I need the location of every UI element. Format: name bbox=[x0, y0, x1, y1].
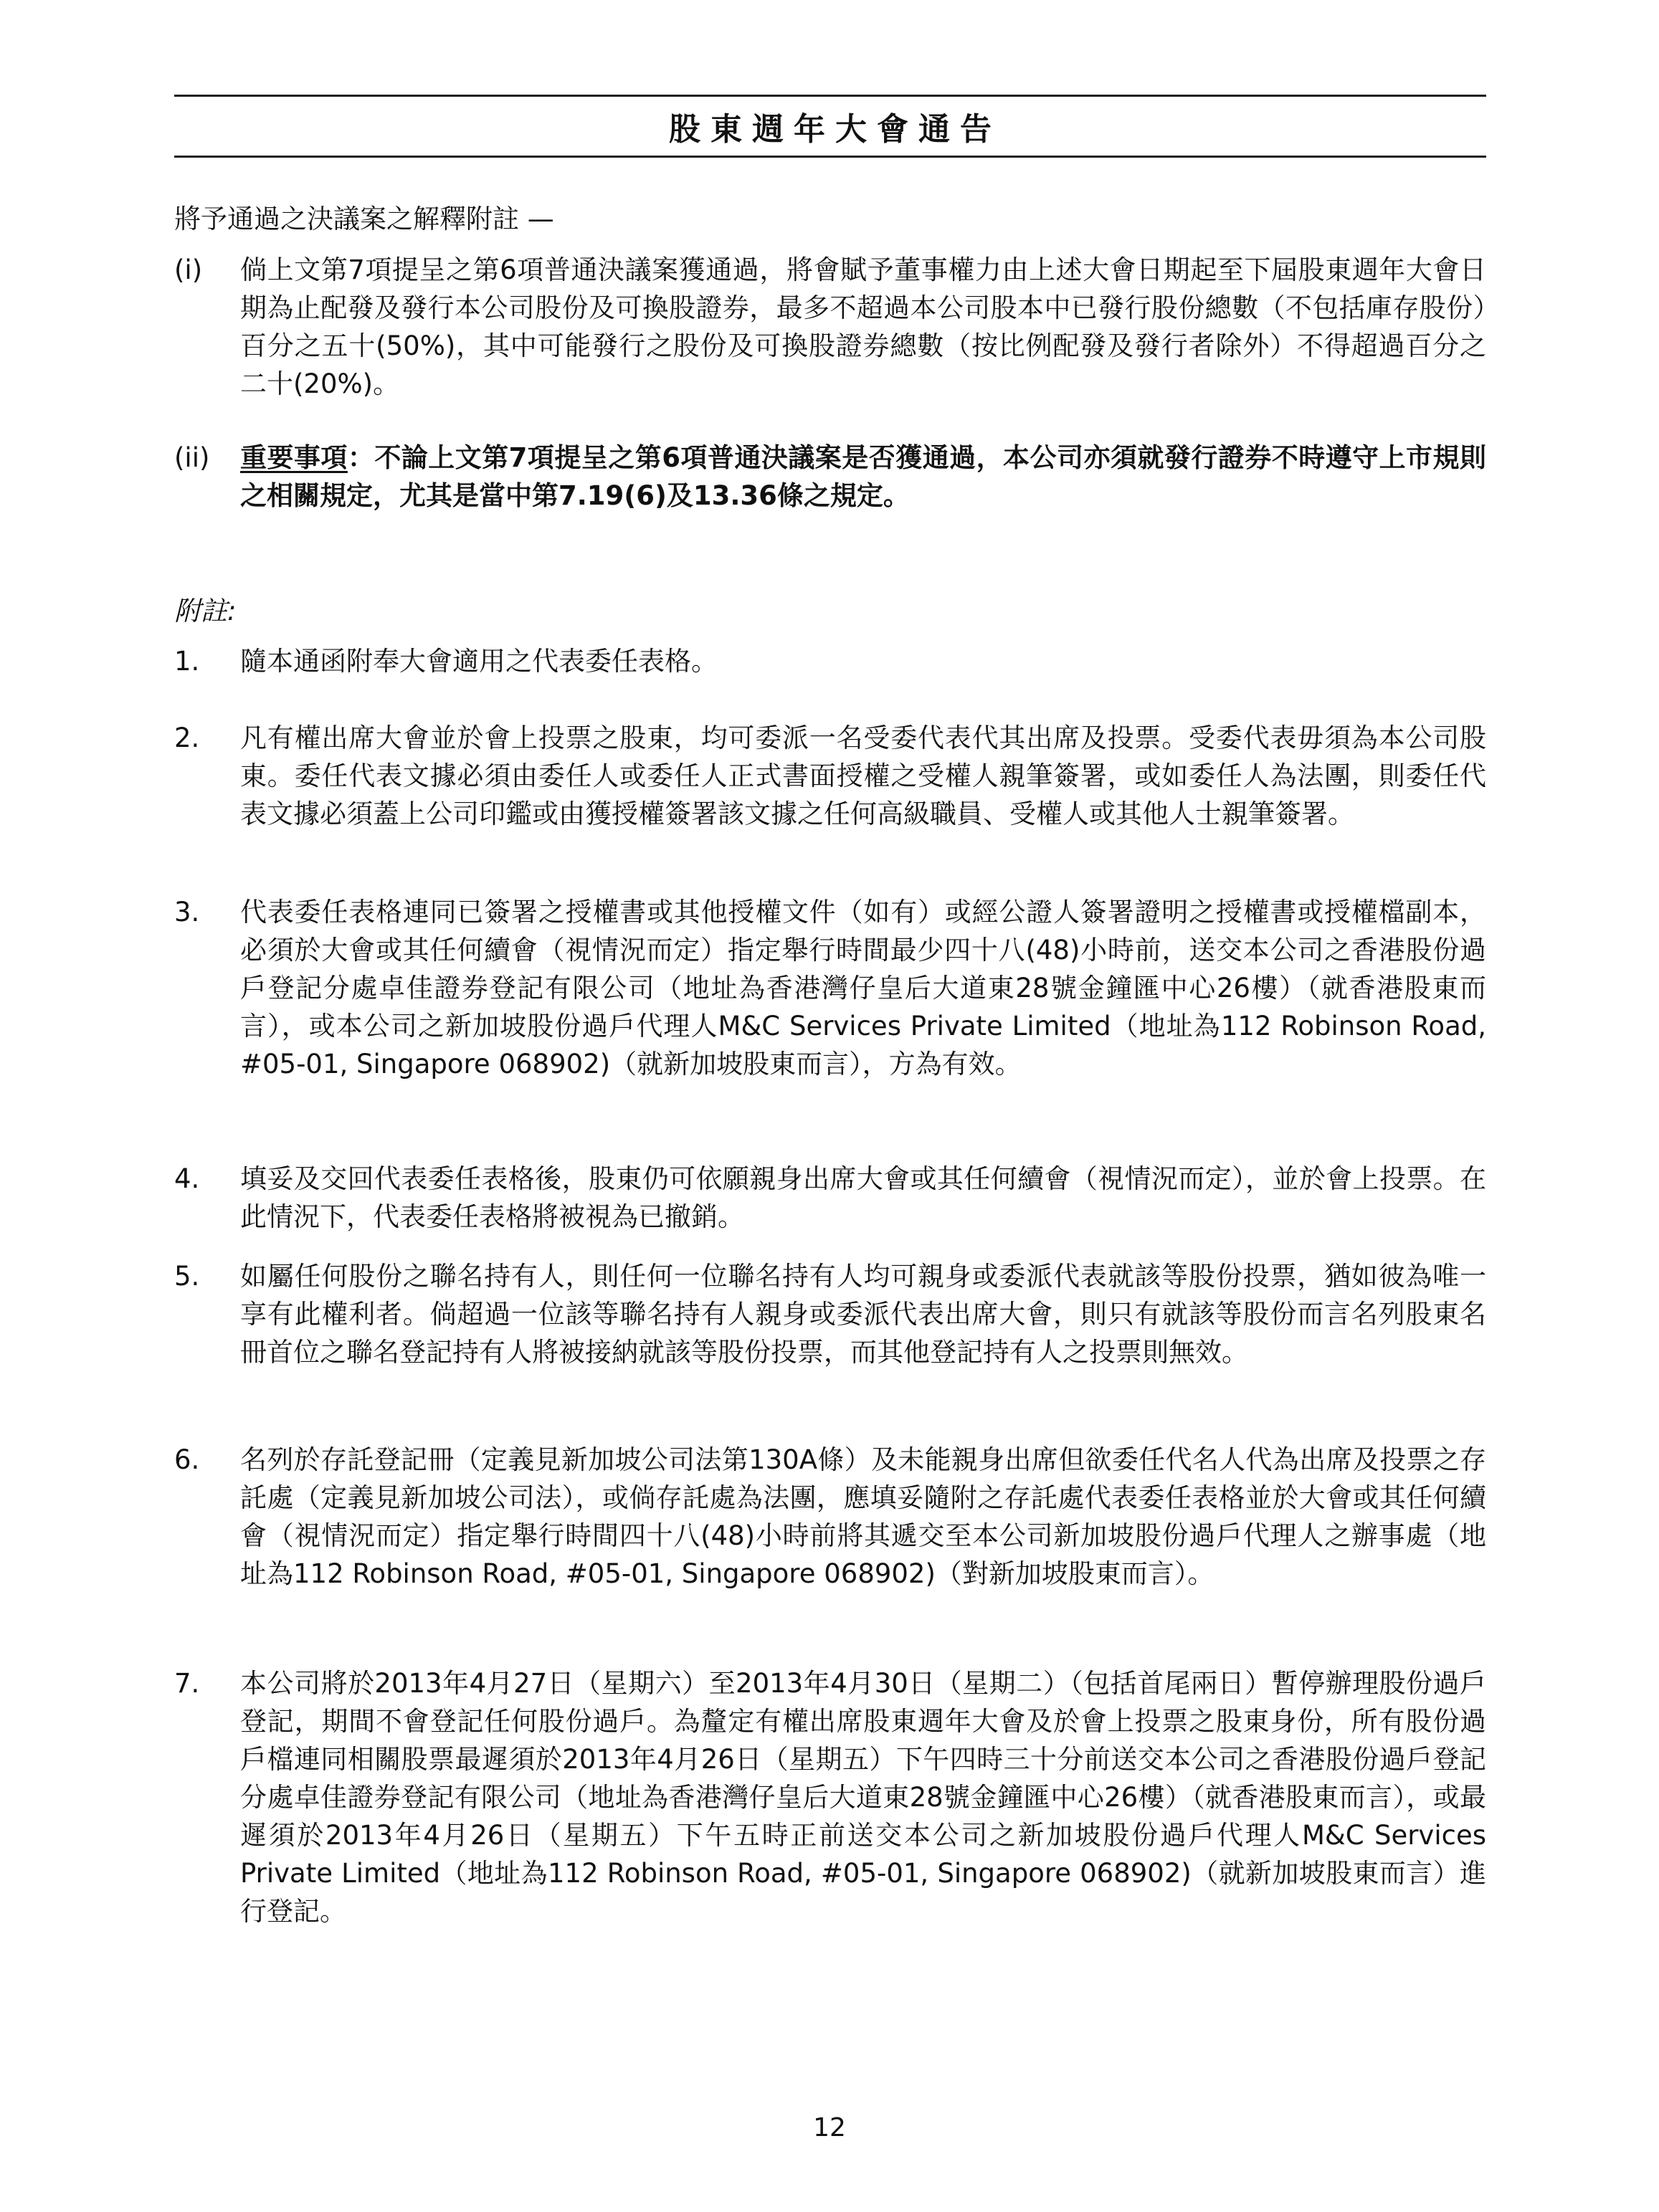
page-header: 股東週年大會通告 bbox=[174, 95, 1486, 158]
explanatory-note-ii: (ii) 重要事項：不論上文第7項提呈之第6項普通決議案是否獲通過，本公司亦須就… bbox=[174, 439, 1486, 515]
note-text: 名列於存託登記冊（定義見新加坡公司法第130A條）及未能親身出席但欲委任代名人代… bbox=[240, 1441, 1486, 1593]
note-number: 3. bbox=[174, 893, 240, 1083]
note-text: 填妥及交回代表委任表格後，股東仍可依願親身出席大會或其任何續會（視情況而定），並… bbox=[240, 1160, 1486, 1236]
note-6: 6. 名列於存託登記冊（定義見新加坡公司法第130A條）及未能親身出席但欲委任代… bbox=[174, 1441, 1486, 1593]
note-number: 2. bbox=[174, 719, 240, 833]
explanatory-note-i: (i) 倘上文第7項提呈之第6項普通決議案獲通過，將會賦予董事權力由上述大會日期… bbox=[174, 251, 1486, 403]
note-text: 凡有權出席大會並於會上投票之股東，均可委派一名受委代表代其出席及投票。受委代表毋… bbox=[240, 719, 1486, 833]
note-4: 4. 填妥及交回代表委任表格後，股東仍可依願親身出席大會或其任何續會（視情況而定… bbox=[174, 1160, 1486, 1236]
notes-heading: 附註: bbox=[174, 589, 236, 628]
note-text: 本公司將於2013年4月27日（星期六）至2013年4月30日（星期二）（包括首… bbox=[240, 1664, 1486, 1930]
note-number: 5. bbox=[174, 1257, 240, 1371]
explanatory-note-label: (ii) bbox=[174, 439, 240, 515]
important-notice-label: 重要事項 bbox=[240, 442, 348, 473]
note-5: 5. 如屬任何股份之聯名持有人，則任何一位聯名持有人均可親身或委派代表就該等股份… bbox=[174, 1257, 1486, 1371]
explanatory-note-text: 倘上文第7項提呈之第6項普通決議案獲通過，將會賦予董事權力由上述大會日期起至下屆… bbox=[240, 251, 1486, 403]
page-title: 股東週年大會通告 bbox=[659, 103, 1002, 149]
note-7: 7. 本公司將於2013年4月27日（星期六）至2013年4月30日（星期二）（… bbox=[174, 1664, 1486, 1930]
note-number: 6. bbox=[174, 1441, 240, 1593]
note-text: 隨本通函附奉大會適用之代表委任表格。 bbox=[240, 642, 1486, 680]
note-number: 7. bbox=[174, 1664, 240, 1930]
page-number: 12 bbox=[0, 2113, 1659, 2142]
explanatory-note-label: (i) bbox=[174, 251, 240, 403]
explanatory-note-text: ：不論上文第7項提呈之第6項普通決議案是否獲通過，本公司亦須就發行證券不時遵守上… bbox=[240, 442, 1486, 511]
note-text: 代表委任表格連同已簽署之授權書或其他授權文件（如有）或經公證人簽署證明之授權書或… bbox=[240, 893, 1486, 1083]
note-number: 4. bbox=[174, 1160, 240, 1236]
note-number: 1. bbox=[174, 642, 240, 680]
note-3: 3. 代表委任表格連同已簽署之授權書或其他授權文件（如有）或經公證人簽署證明之授… bbox=[174, 893, 1486, 1083]
explanatory-notes-intro: 將予通過之決議案之解釋附註 — bbox=[174, 201, 554, 238]
note-2: 2. 凡有權出席大會並於會上投票之股東，均可委派一名受委代表代其出席及投票。受委… bbox=[174, 719, 1486, 833]
note-text: 如屬任何股份之聯名持有人，則任何一位聯名持有人均可親身或委派代表就該等股份投票，… bbox=[240, 1257, 1486, 1371]
note-1: 1. 隨本通函附奉大會適用之代表委任表格。 bbox=[174, 642, 1486, 680]
